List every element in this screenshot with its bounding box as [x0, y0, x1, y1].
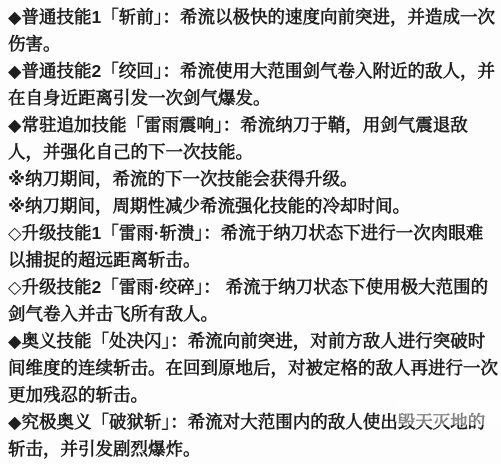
skill-upgrade-2-text: ◇升级技能2「雷雨·绞碎」： 希流于纳刀状态下使用极大范围的剑气卷入并击飞所有敌… — [8, 274, 499, 328]
skill-final-text: ◆究极奥义「破狱斩」：希流对大范围内的敌人使出毁天灭地的斩击，并引发剧烈爆炸。 — [8, 409, 499, 463]
skill-normal-2-text: ◆普通技能2「绞回」：希流使用大范围剑气卷入附近的敌人，并在自身近距离引发一次剑… — [8, 58, 499, 112]
skill-normal-1-text: ◆普通技能1「斩前」：希流以极快的速度向前突进，并造成一次伤害。 — [8, 4, 499, 58]
skill-ultimate-text: ◆奥义技能「处决闪」：希流向前突进，对前方敌人进行突破时间维度的连续斩击。在回到… — [8, 328, 499, 409]
skill-upgrade-1-text: ◇升级技能1「雷雨·斩溃」：希流于纳刀状态下进行一次肉眼难以捕捉的超远距离斩击。 — [8, 220, 499, 274]
skill-note-1-text: ※纳刀期间，希流的下一次技能会获得升级。 — [8, 166, 499, 193]
skill-passive-text: ◆常驻追加技能「雷雨震响」：希流纳刀于鞘，用剑气震退敌人，并强化自己的下一次技能… — [8, 112, 499, 166]
skill-description-page: ◆普通技能1「斩前」：希流以极快的速度向前突进，并造成一次伤害。 ◆普通技能2「… — [0, 0, 501, 464]
skill-note-2-text: ※纳刀期间，周期性减少希流强化技能的冷却时间。 — [8, 193, 499, 220]
skill-description-text: ◆普通技能1「斩前」：希流以极快的速度向前突进，并造成一次伤害。 ◆普通技能2「… — [8, 4, 499, 463]
